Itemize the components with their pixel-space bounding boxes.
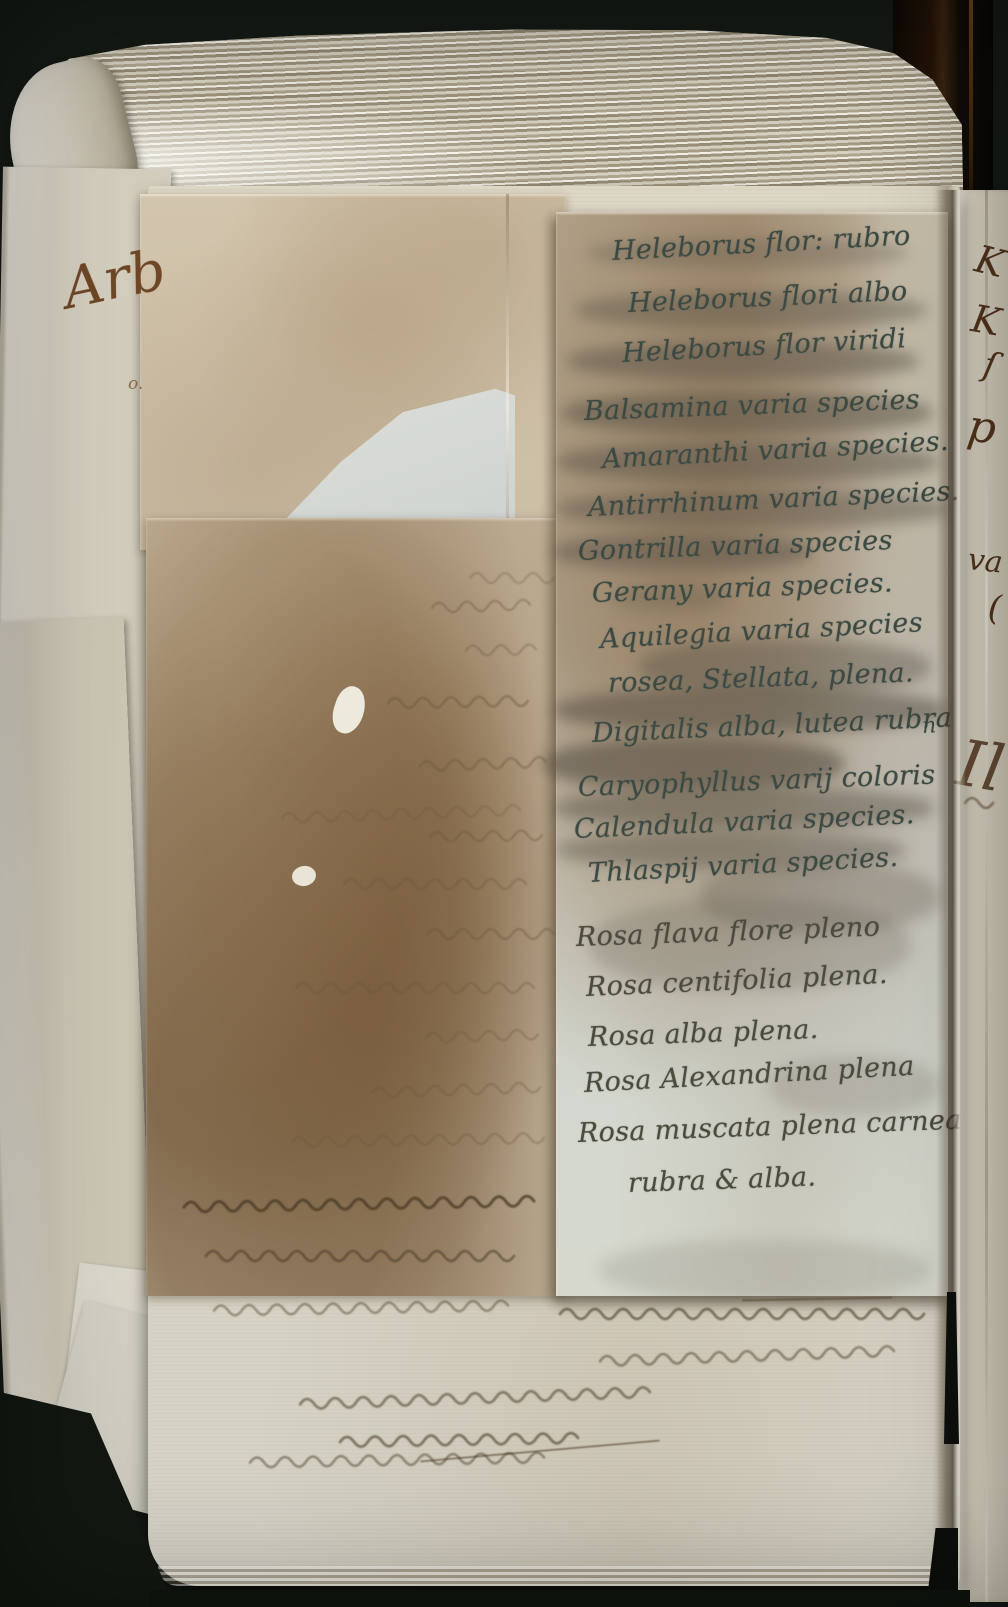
manuscript-line: rubra & alba. [627, 1161, 816, 1199]
gutter-ink-mark: n [921, 713, 936, 739]
ink-fragment-small: o. [128, 374, 143, 394]
tan-sheet-edge [506, 194, 509, 550]
stained-sheet [146, 518, 564, 1296]
paper-loss-patch [327, 683, 370, 738]
paper-loss-patch [290, 864, 317, 888]
cutoff-letter-fragment: va [966, 542, 1004, 580]
tan-sheet [140, 194, 566, 550]
background-bottom-strip [150, 1590, 970, 1607]
cutoff-letter-fragment: ( [987, 588, 1003, 629]
spine-edge-line [969, 0, 973, 218]
manuscript-photo: Heleborus flor: rubro Heleborus flori al… [0, 0, 1008, 1607]
